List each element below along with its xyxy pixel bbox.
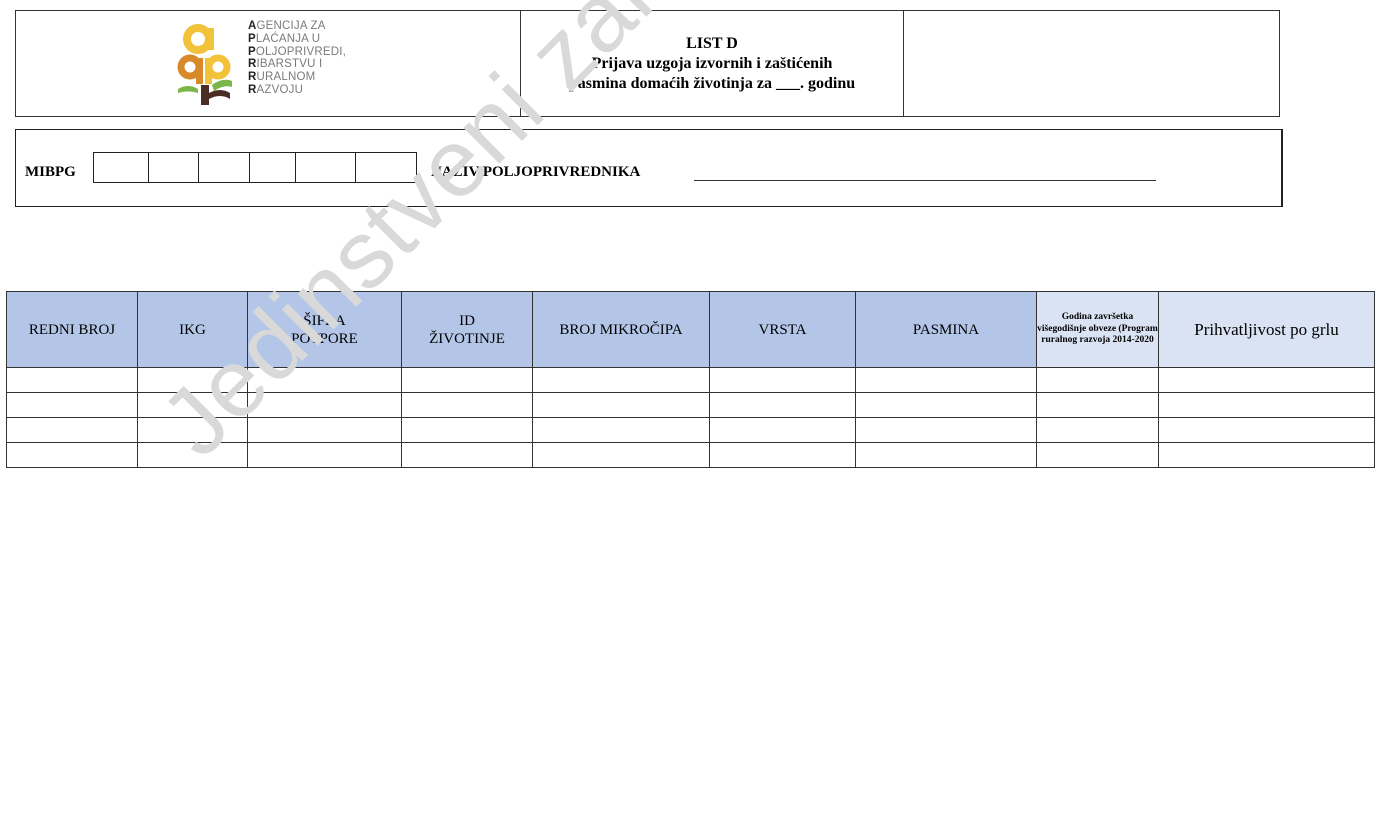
- table-cell[interactable]: [710, 368, 856, 393]
- apprrr-logo-icon: [176, 23, 236, 105]
- table-cell[interactable]: [856, 393, 1037, 418]
- agency-logo-cell: AGENCIJA ZAPLAĆANJA UPOLJOPRIVREDI,RIBAR…: [16, 11, 521, 116]
- agency-name-text: URALNOM: [257, 71, 316, 83]
- form-title-line2: Prijava uzgoja izvornih i zaštićenih: [592, 54, 833, 74]
- table-row: [7, 368, 1375, 393]
- agency-name-initial: R: [248, 58, 257, 70]
- table-cell[interactable]: [856, 368, 1037, 393]
- animals-table: REDNI BROJIKGŠIFRA POTPOREID ŽIVOTINJEBR…: [6, 291, 1375, 468]
- column-header: ID ŽIVOTINJE: [402, 292, 533, 368]
- agency-name-initial: R: [248, 71, 257, 83]
- agency-name-text: OLJOPRIVREDI,: [256, 46, 346, 58]
- agency-name-text: LAĆANJA U: [256, 33, 320, 45]
- table-cell[interactable]: [402, 368, 533, 393]
- table-cell[interactable]: [402, 443, 533, 468]
- farmer-name-label: NAZIV POLJOPRIVREDNIKA: [431, 164, 640, 181]
- column-header: Godina završetka višegodišnje obveze (Pr…: [1037, 292, 1159, 368]
- table-cell[interactable]: [710, 443, 856, 468]
- column-header: REDNI BROJ: [7, 292, 138, 368]
- agency-name-text: IBARSTVU I: [257, 58, 323, 70]
- table-cell[interactable]: [138, 368, 248, 393]
- table-cell[interactable]: [248, 393, 402, 418]
- table-cell[interactable]: [7, 393, 138, 418]
- table-cell[interactable]: [856, 418, 1037, 443]
- table-cell[interactable]: [1159, 418, 1375, 443]
- agency-name-initial: A: [248, 20, 257, 32]
- table-cell[interactable]: [7, 443, 138, 468]
- header-empty-cell: [904, 11, 1279, 116]
- table-cell[interactable]: [1037, 393, 1159, 418]
- table-cell[interactable]: [248, 418, 402, 443]
- agency-name-line: AGENCIJA ZA: [248, 20, 346, 33]
- agency-name-text: GENCIJA ZA: [257, 20, 326, 32]
- table-cell[interactable]: [402, 393, 533, 418]
- table-cell[interactable]: [710, 393, 856, 418]
- table-cell[interactable]: [1159, 368, 1375, 393]
- form-header: AGENCIJA ZAPLAĆANJA UPOLJOPRIVREDI,RIBAR…: [15, 10, 1280, 117]
- table-cell[interactable]: [248, 443, 402, 468]
- table-cell[interactable]: [138, 418, 248, 443]
- farmer-info-box: MIBPG NAZIV POLJOPRIVREDNIKA: [15, 129, 1283, 207]
- mibpg-digit-box[interactable]: [356, 153, 416, 182]
- column-header: ŠIFRA POTPORE: [248, 292, 402, 368]
- column-header: VRSTA: [710, 292, 856, 368]
- mibpg-digit-box[interactable]: [296, 153, 356, 182]
- table-cell[interactable]: [1037, 443, 1159, 468]
- mibpg-input-boxes[interactable]: [93, 152, 417, 183]
- form-title: LIST D Prijava uzgoja izvornih i zaštiće…: [521, 11, 904, 116]
- table-cell[interactable]: [138, 443, 248, 468]
- table-row: [7, 418, 1375, 443]
- agency-name-initial: R: [248, 84, 257, 96]
- agency-name-line: RAZVOJU: [248, 84, 346, 97]
- table-row: [7, 393, 1375, 418]
- mibpg-label: MIBPG: [25, 164, 76, 181]
- table-cell[interactable]: [1159, 443, 1375, 468]
- form-title-line1: LIST D: [686, 34, 738, 54]
- agency-name: AGENCIJA ZAPLAĆANJA UPOLJOPRIVREDI,RIBAR…: [248, 20, 346, 97]
- column-header: PASMINA: [856, 292, 1037, 368]
- agency-name-line: PLAĆANJA U: [248, 33, 346, 46]
- mibpg-digit-box[interactable]: [149, 153, 199, 182]
- table-body: [7, 368, 1375, 468]
- table-cell[interactable]: [7, 368, 138, 393]
- column-header: IKG: [138, 292, 248, 368]
- table-cell[interactable]: [7, 418, 138, 443]
- form-title-line3: pasmina domaćih životinja za ___. godinu: [569, 74, 855, 94]
- table-cell[interactable]: [533, 368, 710, 393]
- agency-name-initial: P: [248, 33, 256, 45]
- table-header-row: REDNI BROJIKGŠIFRA POTPOREID ŽIVOTINJEBR…: [7, 292, 1375, 368]
- table-cell[interactable]: [533, 418, 710, 443]
- table-cell[interactable]: [1159, 393, 1375, 418]
- table-cell[interactable]: [248, 368, 402, 393]
- table-cell[interactable]: [1037, 418, 1159, 443]
- table-cell[interactable]: [402, 418, 533, 443]
- agency-name-initial: P: [248, 46, 256, 58]
- table-row: [7, 443, 1375, 468]
- mibpg-digit-box[interactable]: [94, 153, 149, 182]
- farmer-name-field[interactable]: [694, 180, 1156, 181]
- agency-name-line: POLJOPRIVREDI,: [248, 46, 346, 59]
- table-cell[interactable]: [138, 393, 248, 418]
- table-cell[interactable]: [856, 443, 1037, 468]
- column-header: BROJ MIKROČIPA: [533, 292, 710, 368]
- agency-name-line: RURALNOM: [248, 71, 346, 84]
- mibpg-digit-box[interactable]: [199, 153, 250, 182]
- column-header: Prihvatljivost po grlu: [1159, 292, 1375, 368]
- table-cell[interactable]: [533, 393, 710, 418]
- table-cell[interactable]: [1037, 368, 1159, 393]
- table-cell[interactable]: [710, 418, 856, 443]
- mibpg-digit-box[interactable]: [250, 153, 296, 182]
- table-cell[interactable]: [533, 443, 710, 468]
- agency-name-text: AZVOJU: [257, 84, 304, 96]
- agency-name-line: RIBARSTVU I: [248, 58, 346, 71]
